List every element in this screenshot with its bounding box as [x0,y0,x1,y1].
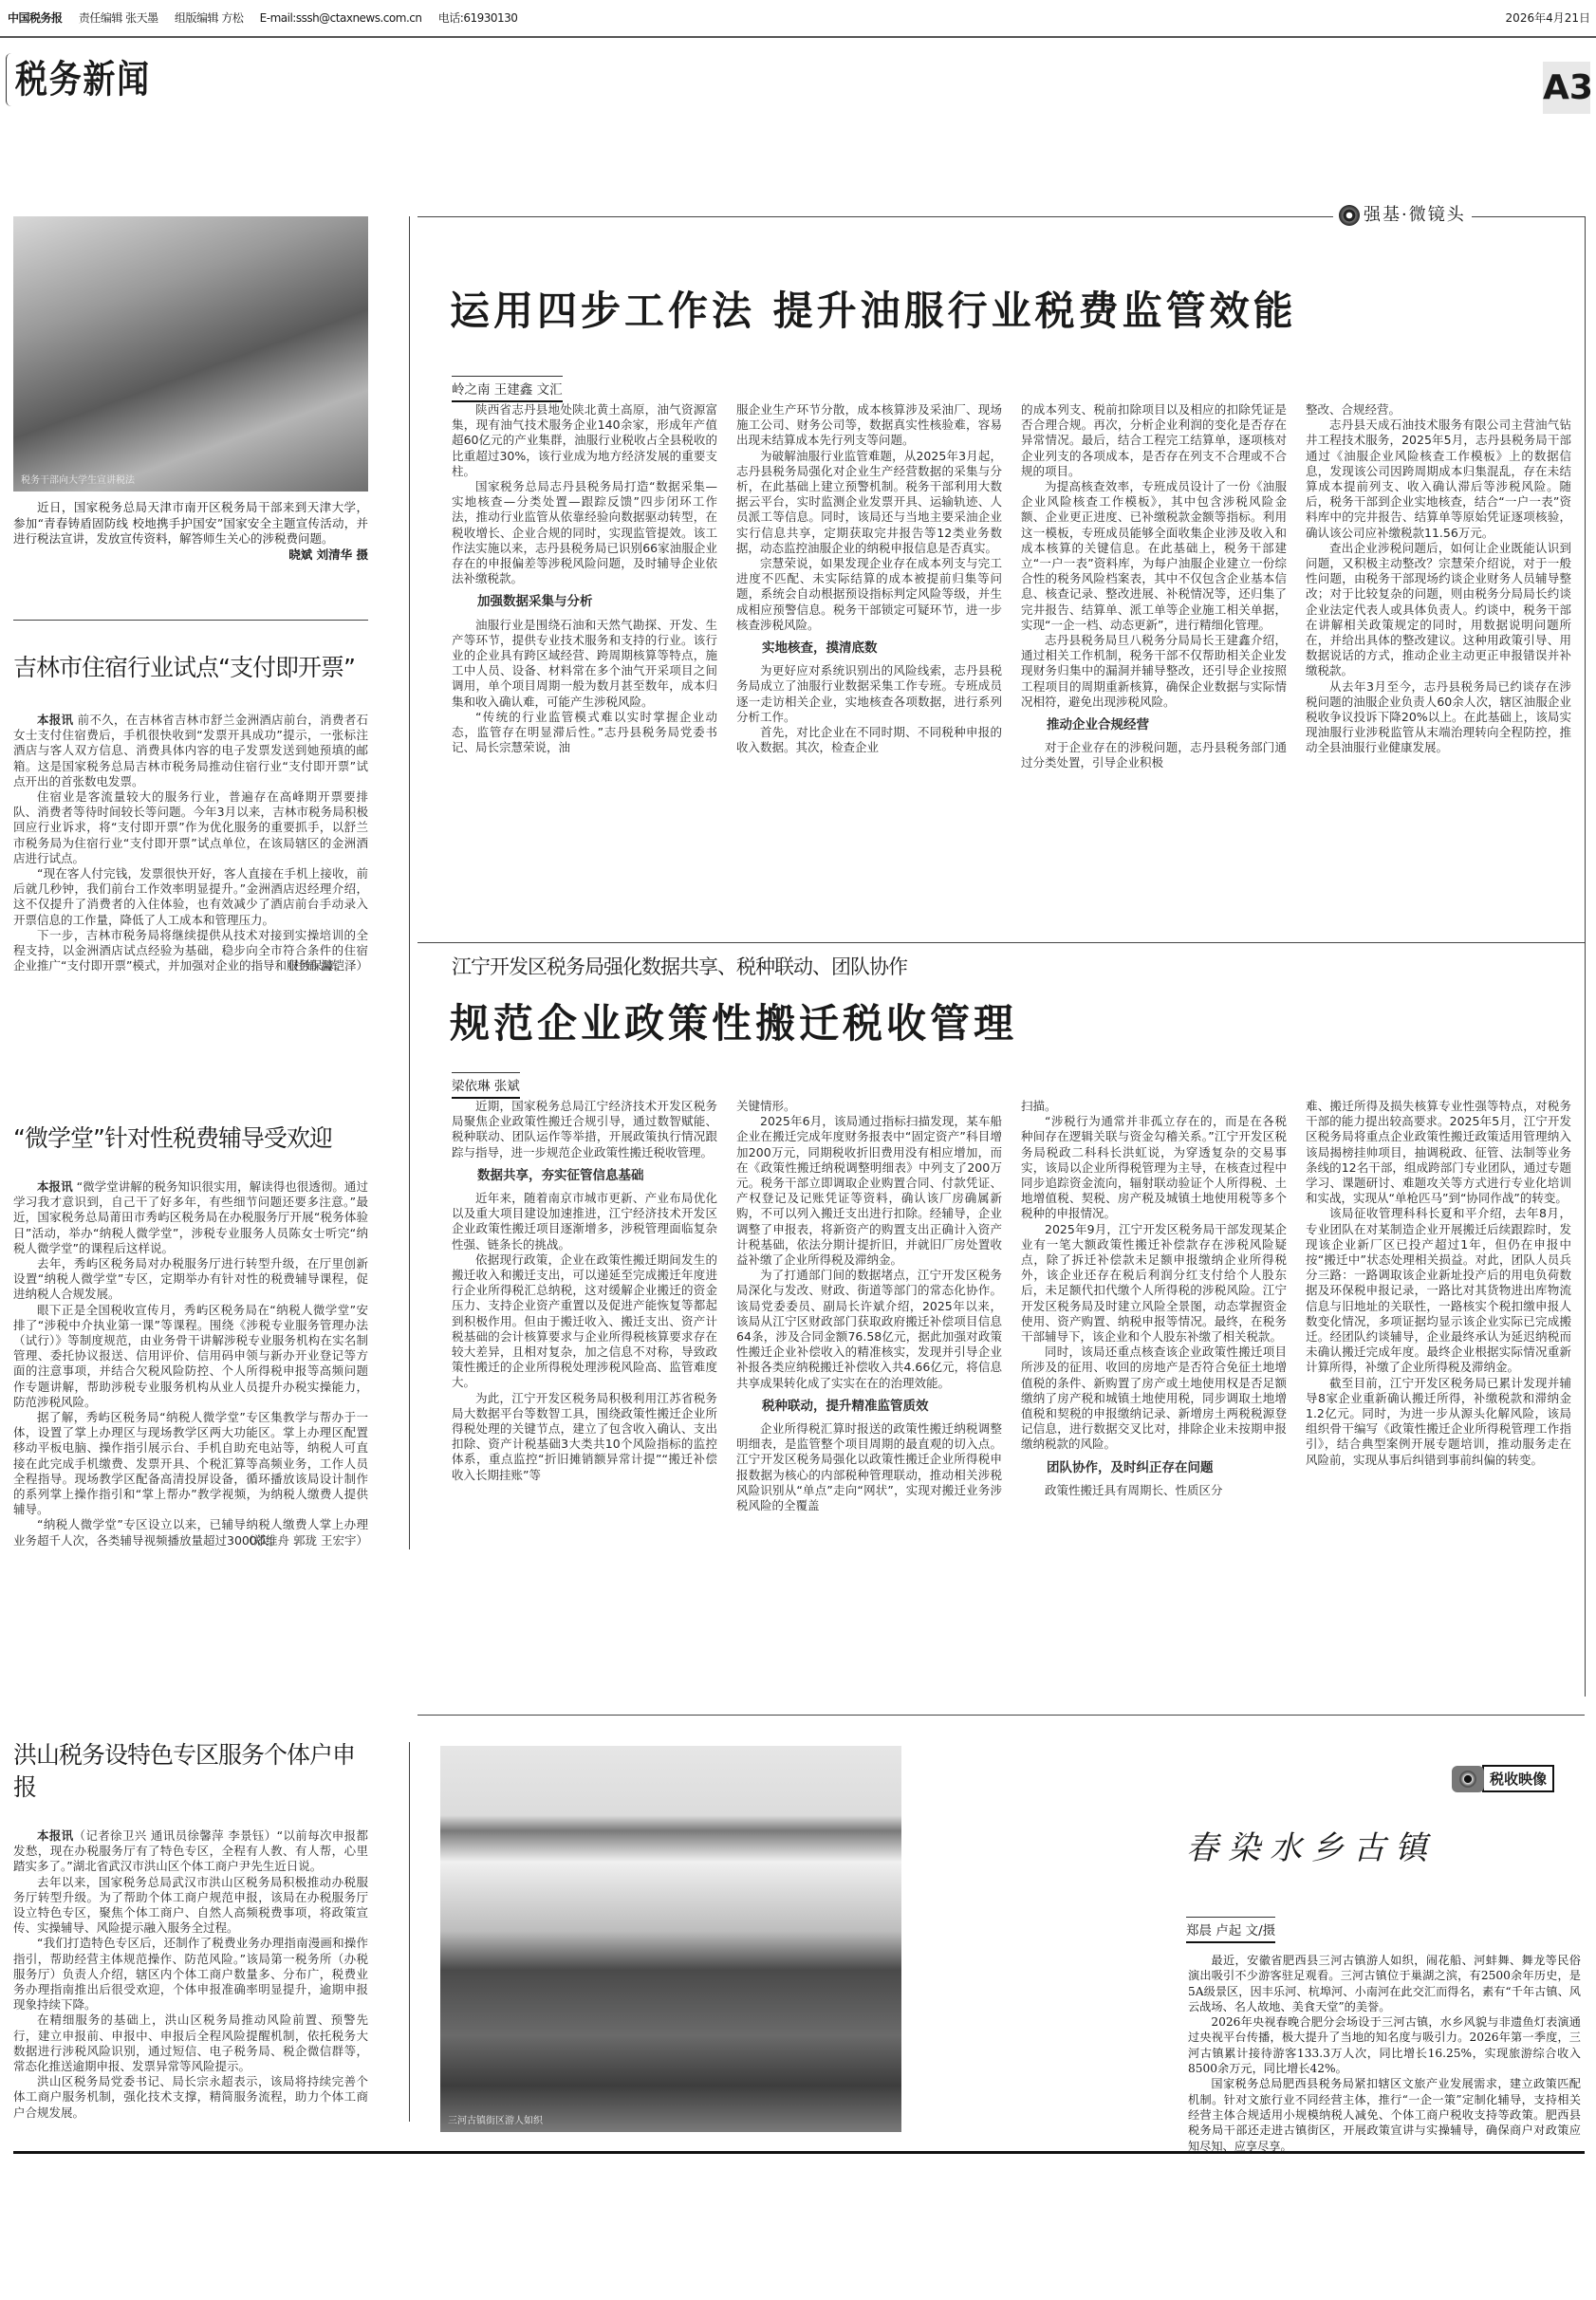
town-photo: 三河古镇街区游人如织 [440,1746,901,2132]
subheading: 实地核查，摸清底数 [762,640,1002,656]
photo-alt: 税务干部向大学生宣讲税法 [21,472,135,486]
paragraph: 2025年6月，该局通过指标扫描发现，某车船企业在搬迁完成年度财务报表中“固定资… [736,1114,1002,1268]
lead-tag: 本报讯 [37,1179,73,1194]
byline: 梁依琳 张斌 [452,1072,520,1099]
article-body: 本报讯（记者徐卫兴 通讯员徐馨萍 李景钰）“以前每次申报都发愁，现在办税服务厅有… [13,1828,368,2121]
subheading: 团队协作，及时纠正存在问题 [1047,1460,1287,1475]
column-tag: 强基·微镜头 [1333,201,1472,226]
subheading: 数据共享，夯实征管信息基础 [477,1168,717,1183]
headline: 吉林市住宿行业试点“支付即开票” [13,652,368,684]
divider [418,942,1585,943]
feature-headline: 运用四步工作法 提升油服行业税费监管效能 [450,280,1297,337]
paragraph: 整改、合规经营。 [1306,402,1571,417]
paragraph: 为更好应对系统识别出的风险线索，志丹县税务局成立了油服行业数据采集工作专班。专班… [736,663,1002,725]
divider [409,216,410,1549]
paragraph: 住宿业是客流量较大的服务行业，普遍存在高峰期开票要排队、消费者等待时间较长等问题… [13,789,368,866]
film-reel-icon [1339,205,1360,226]
feature-columns: 近期，国家税务总局江宁经济技术开发区税务局聚焦企业政策性搬迁合规引导，通过数智赋… [452,1099,1571,1687]
paragraph: 从去年3月至今，志丹县税务局已约谈存在涉税问题的油服企业负责人60余人次，辖区油… [1306,679,1571,756]
paragraph: 服企业生产环节分散，成本核算涉及采油厂、现场施工公司、财务公司等，数据真实性核验… [736,402,1002,449]
column-1: 近期，国家税务总局江宁经济技术开发区税务局聚焦企业政策性搬迁合规引导，通过数智赋… [452,1099,717,1687]
paragraph: 查出企业涉税问题后，如何让企业既能认识到问题，又积极主动整改？宗慧荣介绍说，对于… [1306,541,1571,679]
paragraph: 扫描。 [1021,1099,1287,1114]
paragraph: 陕西省志丹县地处陕北黄土高原，油气资源富集，现有油气技术服务企业140余家，形成… [452,402,717,479]
caption-text: 近日，国家税务总局天津市南开区税务局干部来到天津大学，参加“青春铸盾固防线 校地… [13,500,368,546]
column-3: 的成本列支、税前扣除项目以及相应的扣除凭证是否合理合规。再次，分析企业利润的变化… [1021,402,1287,934]
paragraph: 志丹县天成石油技术服务有限公司主营油气钻井工程技术服务，2025年5月，志丹县税… [1306,417,1571,541]
paragraph: 国家税务总局肥西县税务局紧扣辖区文旅产业发展需求，建立政策匹配机制。针对文旅行业… [1188,2076,1581,2153]
paragraph: 关键情形。 [736,1099,1002,1114]
photo-feature-body: 最近，安徽省肥西县三河古镇游人如织，闹花船、河蚌舞、舞龙等民俗演出吸引不少游客驻… [1188,1953,1581,2154]
paragraph: 同时，该局还重点核查该企业政策性搬迁项目所涉及的征用、收回的房地产是否符合免征土… [1021,1345,1287,1452]
paragraph: 据了解，秀屿区税务局“纳税人微学堂”专区集教学与帮办于一体，设置了掌上办理区与现… [13,1410,368,1517]
subheading: 加强数据采集与分析 [477,594,717,609]
divider [13,620,368,621]
paragraph: 企业所得税汇算时报送的政策性搬迁纳税调整明细表，是监管整个项目周期的最直观的切入… [736,1421,1002,1513]
paragraph: 油服行业是围绕石油和天然气勘探、开发、生产等环节，提供专业技术服务和支持的行业。… [452,618,717,710]
photo-credit: 晓斌 刘清华 摄 [288,547,368,564]
article-microclass: “微学堂”针对性税费辅导受欢迎 本报讯 “微学堂讲解的税务知识很实用，解读得也很… [13,1122,368,1549]
column-4: 难、搬迁所得及损失核算专业性强等特点，对税务干部的能力提出较高要求。2025年5… [1306,1099,1571,1687]
column-3: 扫描。 “涉税行为通常并非孤立存在的，而是在各税种间存在逻辑关联与资金勾稽关系。… [1021,1099,1287,1687]
divider [409,1742,410,2122]
paragraph: 首先，对比企业在不同时期、不同税种申报的收入数据。其次，检查企业 [736,725,1002,755]
layout-editor: 组版编辑 方松 [175,11,243,25]
paper-name: 中国税务报 [8,11,63,25]
feature-columns: 陕西省志丹县地处陕北黄土高原，油气资源富集，现有油气技术服务企业140余家，形成… [452,402,1571,934]
paragraph: 在精细服务的基础上，洪山区税务局推动风险前置、预警先行，建立申报前、申报中、申报… [13,2012,368,2074]
paragraph: 2025年9月，江宁开发区税务局干部发现某企业有一笔大额政策性搬迁补偿款存在涉税… [1021,1222,1287,1345]
lead-tag: 本报讯 [37,713,73,727]
paragraph: 国家税务总局志丹县税务局打造“数据采集—实地核查—分类处置—跟踪反馈”四步闭环工… [452,479,717,586]
byline: 岭之南 王建鑫 文汇 [452,376,563,402]
paragraph: 的成本列支、税前扣除项目以及相应的扣除凭证是否合理合规。再次，分析企业利润的变化… [1021,402,1287,479]
paragraph: 依据现行政策，企业在政策性搬迁期间发生的搬迁收入和搬迁支出，可以递延至完成搬迁年… [452,1252,717,1391]
column-4: 整改、合规经营。 志丹县天成石油技术服务有限公司主营油气钻井工程技术服务，202… [1306,402,1571,934]
paragraph: 为破解油服行业监管难题，从2025年3月起，志丹县税务局强化对企业生产经营数据的… [736,449,1002,556]
column-2: 服企业生产环节分散，成本核算涉及采油厂、现场施工公司、财务公司等，数据真实性核验… [736,402,1002,934]
phone: 电话:61930130 [438,11,518,25]
paragraph: 近年来，随着南京市城市更新、产业布局优化以及重大项目建设加速推进，江宁经济技术开… [452,1191,717,1252]
paragraph: 最近，安徽省肥西县三河古镇游人如织，闹花船、河蚌舞、舞龙等民俗演出吸引不少游客驻… [1188,1953,1581,2014]
paragraph: 2026年央视春晚合肥分会场设于三河古镇，水乡风貌与非遗鱼灯表演通过央视平台传播… [1188,2014,1581,2076]
camera-icon [1452,1766,1484,1792]
paragraph: 为提高核查效率，专班成员设计了一份《油服企业风险核查工作模板》，其中包含涉税风险… [1021,479,1287,633]
paragraph: 对于企业存在的涉税问题，志丹县税务部门通过分类处置，引导企业积极 [1021,740,1287,770]
page-number: A3 [1543,62,1590,114]
paragraph: 近期，国家税务总局江宁经济技术开发区税务局聚焦企业政策性搬迁合规引导，通过数智赋… [452,1099,717,1160]
section-bracket [6,53,11,106]
issue-date: 2026年4月21日 [1506,9,1590,26]
column-1: 陕西省志丹县地处陕北黄土高原，油气资源富集，现有油气技术服务企业140余家，形成… [452,402,717,934]
paragraph: “涉税行为通常并非孤立存在的，而是在各税种间存在逻辑关联与资金勾稽关系。”江宁开… [1021,1114,1287,1221]
paragraph: 为此，江宁开发区税务局积极利用江苏省税务局大数据平台等数智工具，围绕政策性搬迁企… [452,1391,717,1483]
divider [1585,216,1586,1697]
photo-caption: 近日，国家税务总局天津市南开区税务局干部来到天津大学，参加“青春铸盾固防线 校地… [13,500,368,563]
paragraph: “现在客人付完钱，发票很快开好，客人直接在手机上接收，前后就几秒钟，我们前台工作… [13,866,368,928]
paragraph: 洪山区税务局党委书记、局长宗永超表示，该局将持续完善个体工商户服务机制，强化技术… [13,2074,368,2121]
paragraph: 为了打通部门间的数据堵点，江宁开发区税务局深化与发改、财政、街道等部门的常态化协… [736,1268,1002,1391]
paragraph: 去年，秀屿区税务局对办税服务厅进行转型升级，在厅里创新设置“纳税人微学堂”专区，… [13,1256,368,1303]
headline: “微学堂”针对性税费辅导受欢迎 [13,1122,368,1155]
masthead-info: 中国税务报 责任编辑 张天墨 组版编辑 方松 E-mail:sssh@ctaxn… [8,9,530,26]
paragraph: 截至目前，江宁开发区税务局已累计发现并辅导8家企业重新确认搬迁所得，补缴税款和滞… [1306,1376,1571,1468]
photo-alt: 三河古镇街区游人如织 [448,2112,543,2126]
email: E-mail:sssh@ctaxnews.com.cn [260,11,422,25]
section-title: 税务新闻 [15,49,151,103]
paragraph: 难、搬迁所得及损失核算专业性强等特点，对税务干部的能力提出较高要求。2025年5… [1306,1099,1571,1206]
paragraph: 志丹县税务局旦八税务分局局长王建鑫介绍，通过相关工作机制，税务干部不仅帮助相关企… [1021,633,1287,710]
photo-feature-headline: 春染水乡古镇 [1186,1822,1437,1868]
article-body: 本报讯 “微学堂讲解的税务知识很实用，解读得也很透彻。通过学习我才意识到，自己干… [13,1179,368,1549]
lead-tag: 本报讯 [37,1828,74,1843]
article-jilin: 吉林市住宿行业试点“支付即开票” 本报讯 前不久，在吉林省吉林市舒兰金洲酒店前台… [13,652,368,974]
headline: 洪山税务设特色专区服务个体户申报 [13,1739,368,1804]
editor: 责任编辑 张天墨 [79,11,158,25]
masthead: 中国税务报 责任编辑 张天墨 组版编辑 方松 E-mail:sssh@ctaxn… [0,0,1596,38]
photo-column-badge: 税收映像 [1452,1765,1554,1792]
article-body: 本报讯 前不久，在吉林省吉林市舒兰金洲酒店前台，消费者石女士支付住宿费后，手机很… [13,713,368,974]
paragraph: “传统的行业监管模式难以实时掌握企业动态，监管存在明显滞后性。”志丹县税务局党委… [452,710,717,756]
subheading: 推动企业合规经营 [1047,717,1287,733]
paragraph: 眼下正是全国税收宣传月，秀屿区税务局在“纳税人微学堂”安排了“涉税中介执业第一课… [13,1303,368,1410]
divider [418,1715,1585,1716]
news-photo-tianjin: 税务干部向大学生宣讲税法 [13,216,368,492]
feature-headline: 规范企业政策性搬迁税收管理 [450,992,1017,1049]
tag-label: 强基·微镜头 [1364,205,1466,225]
paragraph: “我们打造特色专区后，还制作了税费业务办理指南漫画和操作指引，帮助经营主体规范操… [13,1936,368,2012]
paragraph: 该局征收管理科科长夏和平介绍，去年8月，专业团队在对某制造企业开展搬迁后续跟踪时… [1306,1206,1571,1375]
column-2: 关键情形。 2025年6月，该局通过指标扫描发现，某车船企业在搬迁完成年度财务报… [736,1099,1002,1687]
byline: 郑晨 卢起 文/摄 [1186,1917,1275,1943]
badge-label: 税收映像 [1482,1765,1554,1792]
paragraph: 去年以来，国家税务总局武汉市洪山区税务局积极推动办税服务厅转型升级。为了帮助个体… [13,1875,368,1937]
subheading: 税种联动，提升精准监管质效 [762,1399,1002,1414]
article-hongshan: 洪山税务设特色专区服务个体户申报 本报讯（记者徐卫兴 通讯员徐馨萍 李景钰）“以… [13,1739,368,2121]
paragraph: 政策性搬迁具有周期长、性质区分 [1021,1483,1287,1498]
kicker: 江宁开发区税务局强化数据共享、税种联动、团队协作 [452,952,907,980]
paragraph: 宗慧荣说，如果发现企业存在成本列支与完工进度不匹配、未实际结算的成本被提前归集等… [736,556,1002,633]
